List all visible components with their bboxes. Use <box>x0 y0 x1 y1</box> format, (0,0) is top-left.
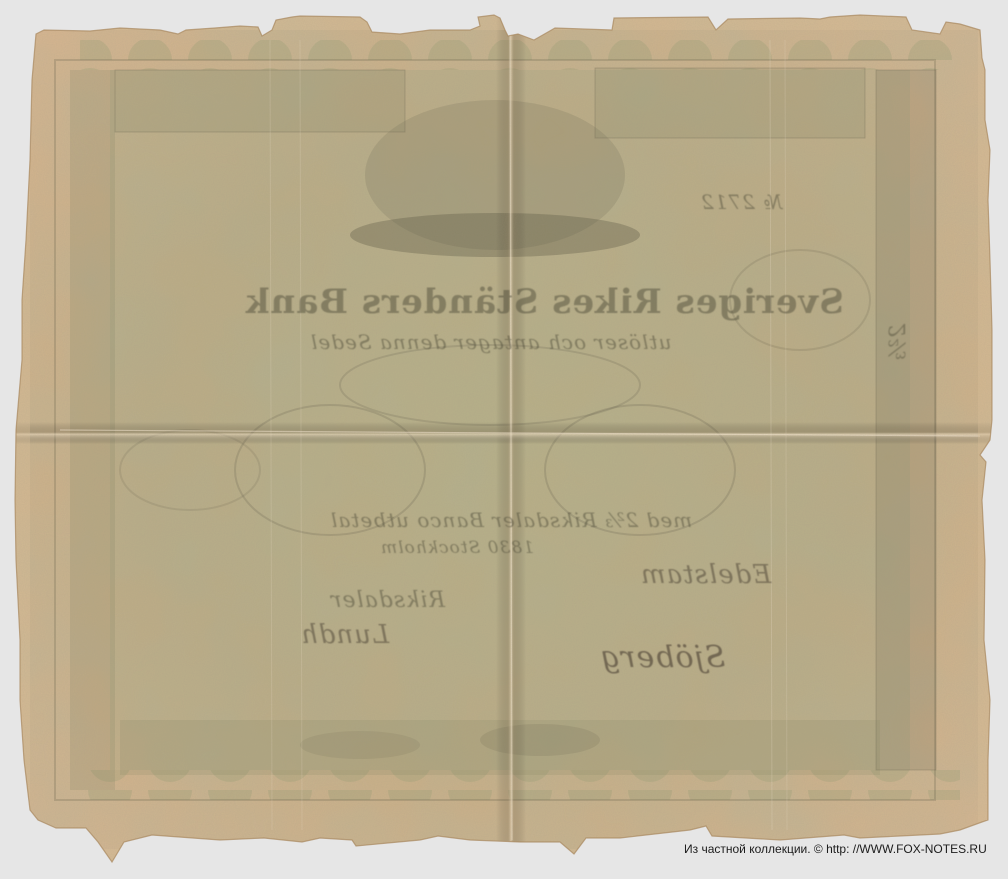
banknote-paper <box>0 0 1008 879</box>
bank-subtitle-text: utlöser och antager denna Sedel <box>310 330 671 354</box>
date-place-line: 1830 Stockholm <box>380 538 534 558</box>
denomination-line: med 2⅔ Riksdaler Banco utbetal <box>330 508 692 532</box>
bank-title-text: Sveriges Rikes Ständers Bank <box>245 282 844 322</box>
signature-middle: Edelstam <box>640 560 771 590</box>
serial-number-text: № 2712 <box>700 190 782 214</box>
currency-line: Riksdaler <box>330 588 445 613</box>
signature-right: Sjöberg <box>600 640 725 675</box>
signature-left: Lundh <box>300 620 389 650</box>
banknote-scene: № 2712 Sveriges Rikes Ständers Bank utlö… <box>0 0 1008 879</box>
collection-watermark: Из частной коллекции. © http: //WWW.FOX-… <box>684 842 987 856</box>
side-value-badge: 2⅔ <box>886 324 911 361</box>
